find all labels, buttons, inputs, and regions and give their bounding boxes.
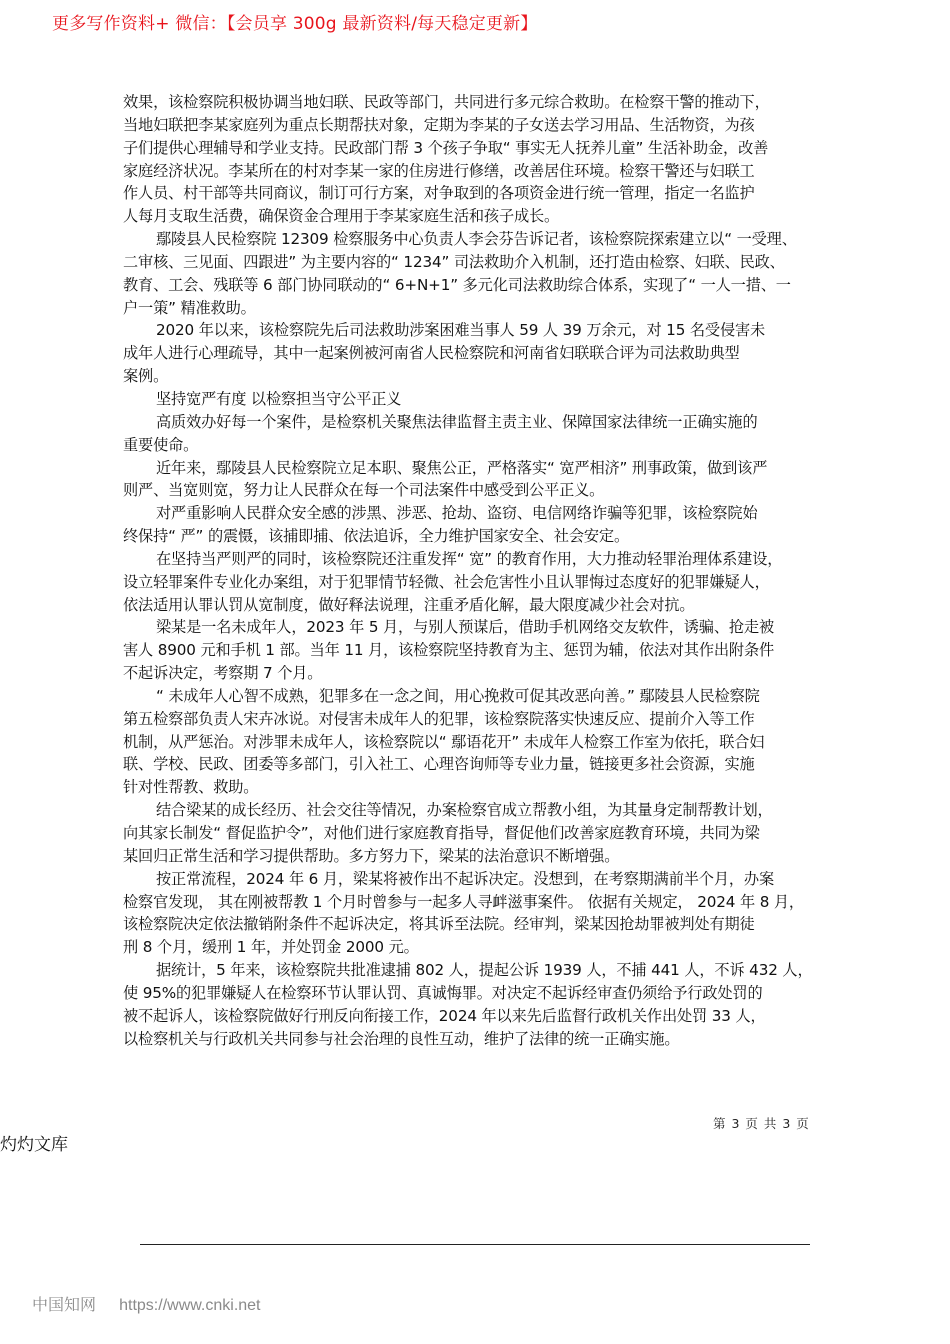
text-line: 据统计，5 年来，该检察院共批准逮捕 802 人，提起公诉 1939 人，不捕 … [123, 959, 843, 982]
text-line: 联、学校、民政、团委等多部门，引入社工、心理咨询师等专业力量，链接更多社会资源，… [123, 753, 843, 776]
text-line: 效果，该检察院积极协调当地妇联、民政等部门，共同进行多元综合救助。在检察干警的推… [123, 91, 843, 114]
text-line: “ 未成年人心智不成熟，犯罪多在一念之间，用心挽救可促其改恶向善。” 鄢陵县人民… [123, 685, 843, 708]
paragraph: 近年来，鄢陵县人民检察院立足本职、聚焦公正，严格落实“ 宽严相济” 刑事政策，做… [123, 457, 843, 503]
paragraph: 鄢陵县人民检察院 12309 检察服务中心负责人李会芬告诉记者，该检察院探索建立… [123, 228, 843, 319]
text-line: 某回归正常生活和学习提供帮助。多方努力下，梁某的法治意识不断增强。 [123, 845, 843, 868]
text-line: 被不起诉人，该检察院做好行刑反向衔接工作，2024 年以来先后监督行政机关作出处… [123, 1005, 843, 1028]
text-line: 检察官发现， 其在刚被帮教 1 个月时曾参与一起多人寻衅滋事案件。 依据有关规定… [123, 891, 843, 914]
text-line: 使 95%的犯罪嫌疑人在检察环节认罪认罚、真诚悔罪。对决定不起诉经审查仍须给予行… [123, 982, 843, 1005]
text-line: 近年来，鄢陵县人民检察院立足本职、聚焦公正，严格落实“ 宽严相济” 刑事政策，做… [123, 457, 843, 480]
text-line: 不起诉决定，考察期 7 个月。 [123, 662, 843, 685]
text-line: 第五检察部负责人宋卉冰说。对侵害未成年人的犯罪，该检察院落实快速反应、提前介入等… [123, 708, 843, 731]
text-line: 向其家长制发“ 督促监护令”，对他们进行家庭教育指导，督促他们改善家庭教育环境，… [123, 822, 843, 845]
promo-banner: 更多写作资料+ 微信：【会员享 300g 最新资料/每天稳定更新】 [52, 12, 538, 36]
text-line: 鄢陵县人民检察院 12309 检察服务中心负责人李会芬告诉记者，该检察院探索建立… [123, 228, 843, 251]
paragraph: 结合梁某的成长经历、社会交往等情况，办案检察官成立帮教小组，为其量身定制帮教计划… [123, 799, 843, 868]
page-number: 第 3 页 共 3 页 [713, 1116, 810, 1132]
text-line: 害人 8900 元和手机 1 部。当年 11 月，该检察院坚持教育为主、惩罚为辅… [123, 639, 843, 662]
text-line: 针对性帮教、救助。 [123, 776, 843, 799]
paragraph: “ 未成年人心智不成熟，犯罪多在一念之间，用心挽救可促其改恶向善。” 鄢陵县人民… [123, 685, 843, 799]
text-line: 二审核、三见面、四跟进” 为主要内容的“ 1234” 司法救助介入机制，还打造由… [123, 251, 843, 274]
text-line: 设立轻罪案件专业化办案组，对于犯罪情节轻微、社会危害性小且认罪悔过态度好的犯罪嫌… [123, 571, 843, 594]
text-line: 坚持宽严有度 以检察担当守公平正义 [123, 388, 843, 411]
text-line: 子们提供心理辅导和学业支持。民政部门帮 3 个孩子争取“ 事实无人抚养儿童” 生… [123, 137, 843, 160]
text-line: 依法适用认罪认罚从宽制度，做好释法说理，注重矛盾化解，最大限度减少社会对抗。 [123, 594, 843, 617]
text-line: 对严重影响人民群众安全感的涉黑、涉恶、抢劫、盗窃、电信网络诈骗等犯罪，该检察院始 [123, 502, 843, 525]
text-line: 案例。 [123, 365, 843, 388]
text-line: 以检察机关与行政机关共同参与社会治理的良性互动，维护了法律的统一正确实施。 [123, 1028, 843, 1051]
text-line: 高质效办好每一个案件，是检察机关聚焦法律监督主责主业、保障国家法律统一正确实施的 [123, 411, 843, 434]
paragraph: 按正常流程，2024 年 6 月，梁某将被作出不起诉决定。没想到，在考察期满前半… [123, 868, 843, 959]
paragraph: 对严重影响人民群众安全感的涉黑、涉恶、抢劫、盗窃、电信网络诈骗等犯罪，该检察院始… [123, 502, 843, 548]
document-body: 效果，该检察院积极协调当地妇联、民政等部门，共同进行多元综合救助。在检察干警的推… [123, 91, 843, 1050]
text-line: 重要使命。 [123, 434, 843, 457]
watermark-site-name: 中国知网 [32, 1295, 96, 1314]
footer-divider [140, 1244, 810, 1245]
text-line: 人每月支取生活费，确保资金合理用于李某家庭生活和孩子成长。 [123, 205, 843, 228]
text-line: 结合梁某的成长经历、社会交往等情况，办案检察官成立帮教小组，为其量身定制帮教计划… [123, 799, 843, 822]
paragraph: 梁某是一名未成年人，2023 年 5 月，与别人预谋后，借助手机网络交友软件，诱… [123, 616, 843, 685]
paragraph: 高质效办好每一个案件，是检察机关聚焦法律监督主责主业、保障国家法律统一正确实施的… [123, 411, 843, 457]
text-line: 该检察院决定依法撤销附条件不起诉决定，将其诉至法院。经审判，梁某因抢劫罪被判处有… [123, 913, 843, 936]
text-line: 家庭经济状况。李某所在的村对李某一家的住房进行修缮，改善居住环境。检察干警还与妇… [123, 160, 843, 183]
section-heading: 坚持宽严有度 以检察担当守公平正义 [123, 388, 843, 411]
paragraph: 2020 年以来，该检察院先后司法救助涉案困难当事人 59 人 39 万余元，对… [123, 319, 843, 388]
text-line: 终保持“ 严” 的震慑，该捕即捕、依法追诉，全力维护国家安全、社会安定。 [123, 525, 843, 548]
text-line: 户一策” 精准救助。 [123, 297, 843, 320]
paragraph: 在坚持当严则严的同时，该检察院还注重发挥“ 宽” 的教育作用，大力推动轻罪治理体… [123, 548, 843, 617]
text-line: 当地妇联把李某家庭列为重点长期帮扶对象，定期为李某的子女送去学习用品、生活物资，… [123, 114, 843, 137]
paragraph: 据统计，5 年来，该检察院共批准逮捕 802 人，提起公诉 1939 人，不捕 … [123, 959, 843, 1050]
text-line: 2020 年以来，该检察院先后司法救助涉案困难当事人 59 人 39 万余元，对… [123, 319, 843, 342]
library-name: 灼灼文库 [0, 1134, 68, 1156]
watermark-url: https://www.cnki.net [119, 1297, 260, 1314]
text-line: 在坚持当严则严的同时，该检察院还注重发挥“ 宽” 的教育作用，大力推动轻罪治理体… [123, 548, 843, 571]
text-line: 刑 8 个月，缓刑 1 年，并处罚金 2000 元。 [123, 936, 843, 959]
text-line: 成年人进行心理疏导，其中一起案例被河南省人民检察院和河南省妇联联合评为司法救助典… [123, 342, 843, 365]
cnki-watermark: 中国知网 https://www.cnki.net [32, 1293, 261, 1318]
paragraph: 效果，该检察院积极协调当地妇联、民政等部门，共同进行多元综合救助。在检察干警的推… [123, 91, 843, 228]
text-line: 按正常流程，2024 年 6 月，梁某将被作出不起诉决定。没想到，在考察期满前半… [123, 868, 843, 891]
text-line: 梁某是一名未成年人，2023 年 5 月，与别人预谋后，借助手机网络交友软件，诱… [123, 616, 843, 639]
text-line: 机制，从严惩治。对涉罪未成年人，该检察院以“ 鄢语花开” 未成年人检察工作室为依… [123, 731, 843, 754]
text-line: 则严、当宽则宽，努力让人民群众在每一个司法案件中感受到公平正义。 [123, 479, 843, 502]
text-line: 教育、工会、残联等 6 部门协同联动的“ 6+N+1” 多元化司法救助综合体系，… [123, 274, 843, 297]
text-line: 作人员、村干部等共同商议，制订可行方案，对争取到的各项资金进行统一管理，指定一名… [123, 182, 843, 205]
